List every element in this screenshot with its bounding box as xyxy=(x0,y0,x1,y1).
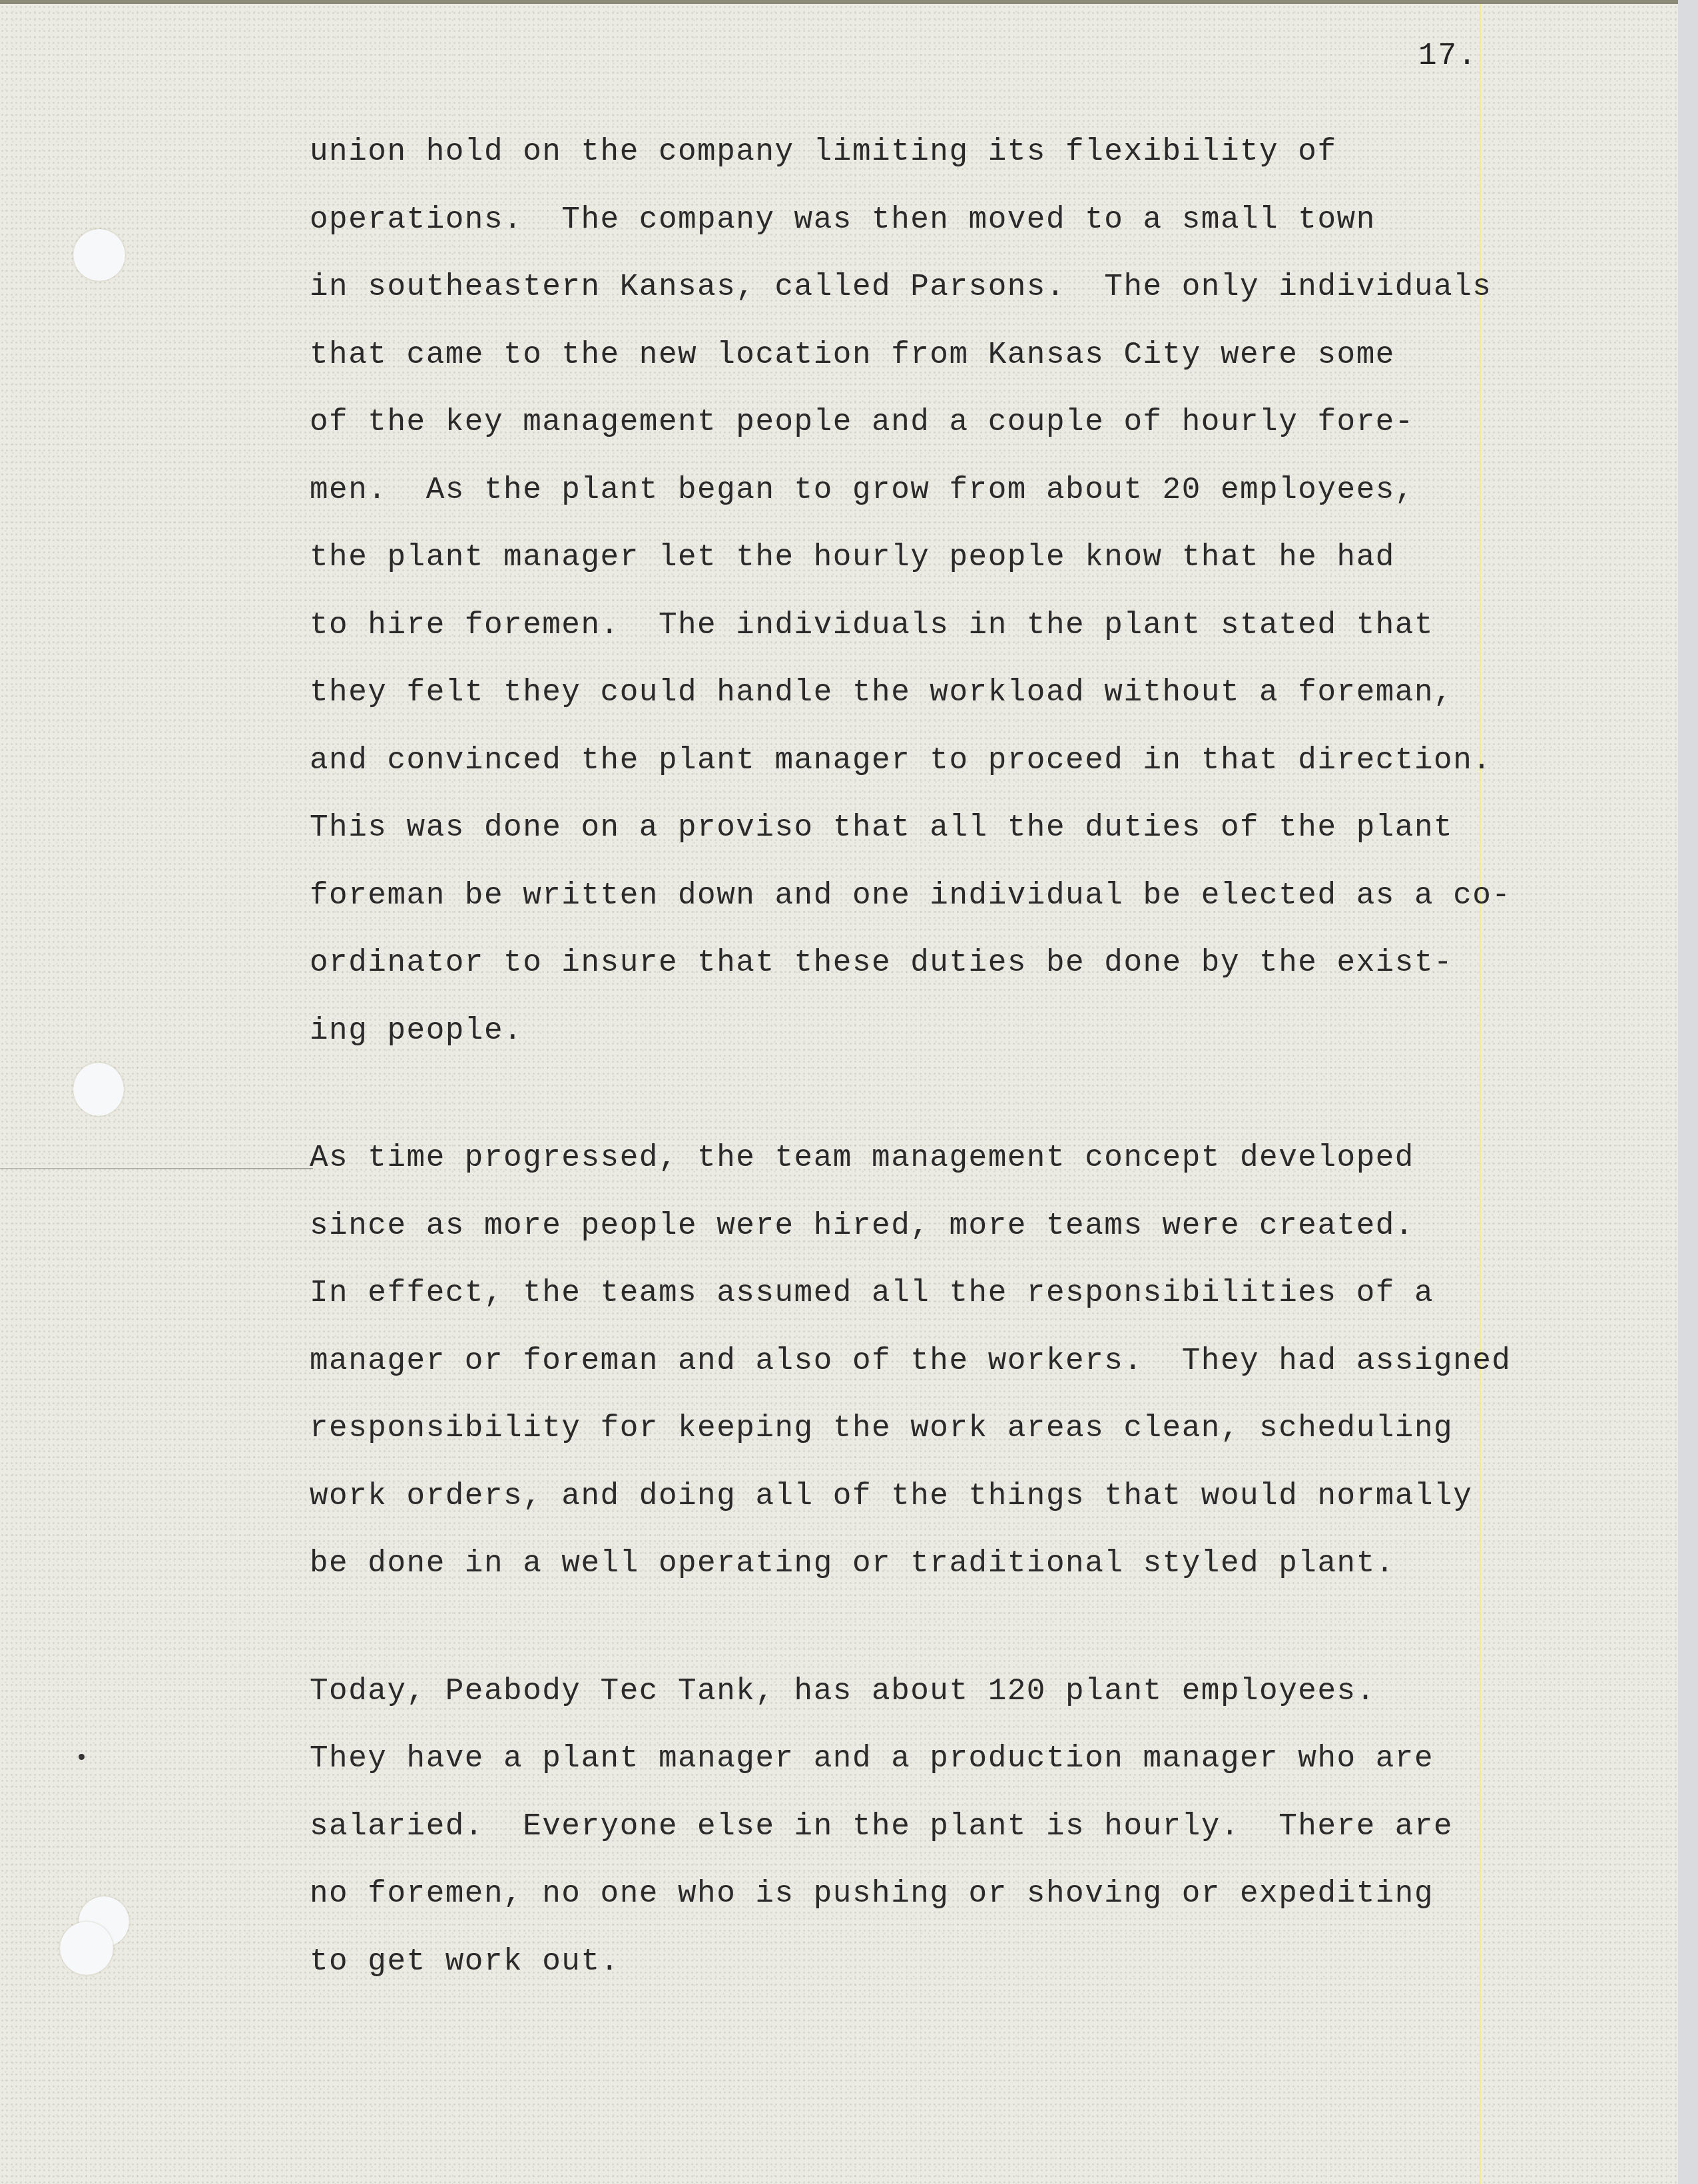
text-line: and convinced the plant manager to proce… xyxy=(310,740,1575,808)
punch-hole-bottom-b xyxy=(60,1922,113,1975)
text-line: This was done on a proviso that all the … xyxy=(310,808,1575,876)
paragraph-spacer xyxy=(310,1078,1575,1138)
text-line: As time progressed, the team management … xyxy=(310,1138,1575,1206)
text-line: ing people. xyxy=(310,1011,1575,1079)
scan-scuff-mark xyxy=(0,1168,313,1169)
paragraph-3: Today, Peabody Tec Tank, has about 120 p… xyxy=(310,1671,1575,2010)
punch-hole-top xyxy=(73,229,125,281)
paragraph-2: As time progressed, the team management … xyxy=(310,1138,1575,1611)
text-line: to hire foremen. The individuals in the … xyxy=(310,605,1575,673)
text-line: no foremen, no one who is pushing or sho… xyxy=(310,1874,1575,1942)
body-text: union hold on the company limiting its f… xyxy=(310,132,1575,2009)
text-line: operations. The company was then moved t… xyxy=(310,200,1575,268)
text-line: work orders, and doing all of the things… xyxy=(310,1476,1575,1544)
text-line: manager or foreman and also of the worke… xyxy=(310,1341,1575,1409)
text-line: men. As the plant began to grow from abo… xyxy=(310,470,1575,538)
text-line: they felt they could handle the workload… xyxy=(310,673,1575,740)
punch-hole-middle xyxy=(73,1063,124,1116)
text-line: in southeastern Kansas, called Parsons. … xyxy=(310,267,1575,335)
text-line: be done in a well operating or tradition… xyxy=(310,1543,1575,1611)
speck-mark xyxy=(79,1754,85,1760)
text-line: the plant manager let the hourly people … xyxy=(310,537,1575,605)
text-line: In effect, the teams assumed all the res… xyxy=(310,1273,1575,1341)
text-line: foreman be written down and one individu… xyxy=(310,876,1575,944)
text-line: salaried. Everyone else in the plant is … xyxy=(310,1806,1575,1874)
document-page: 17. union hold on the company limiting i… xyxy=(0,0,1678,2184)
page-number: 17. xyxy=(1418,39,1478,73)
text-line: that came to the new location from Kansa… xyxy=(310,335,1575,403)
text-line: They have a plant manager and a producti… xyxy=(310,1739,1575,1806)
text-line: union hold on the company limiting its f… xyxy=(310,132,1575,200)
text-line: responsibility for keeping the work area… xyxy=(310,1408,1575,1476)
paragraph-1: union hold on the company limiting its f… xyxy=(310,132,1575,1078)
text-line: since as more people were hired, more te… xyxy=(310,1206,1575,1274)
text-line: Today, Peabody Tec Tank, has about 120 p… xyxy=(310,1671,1575,1739)
text-line: of the key management people and a coupl… xyxy=(310,402,1575,470)
text-line: ordinator to insure that these duties be… xyxy=(310,943,1575,1011)
text-line: to get work out. xyxy=(310,1942,1575,2010)
paragraph-spacer xyxy=(310,1611,1575,1671)
